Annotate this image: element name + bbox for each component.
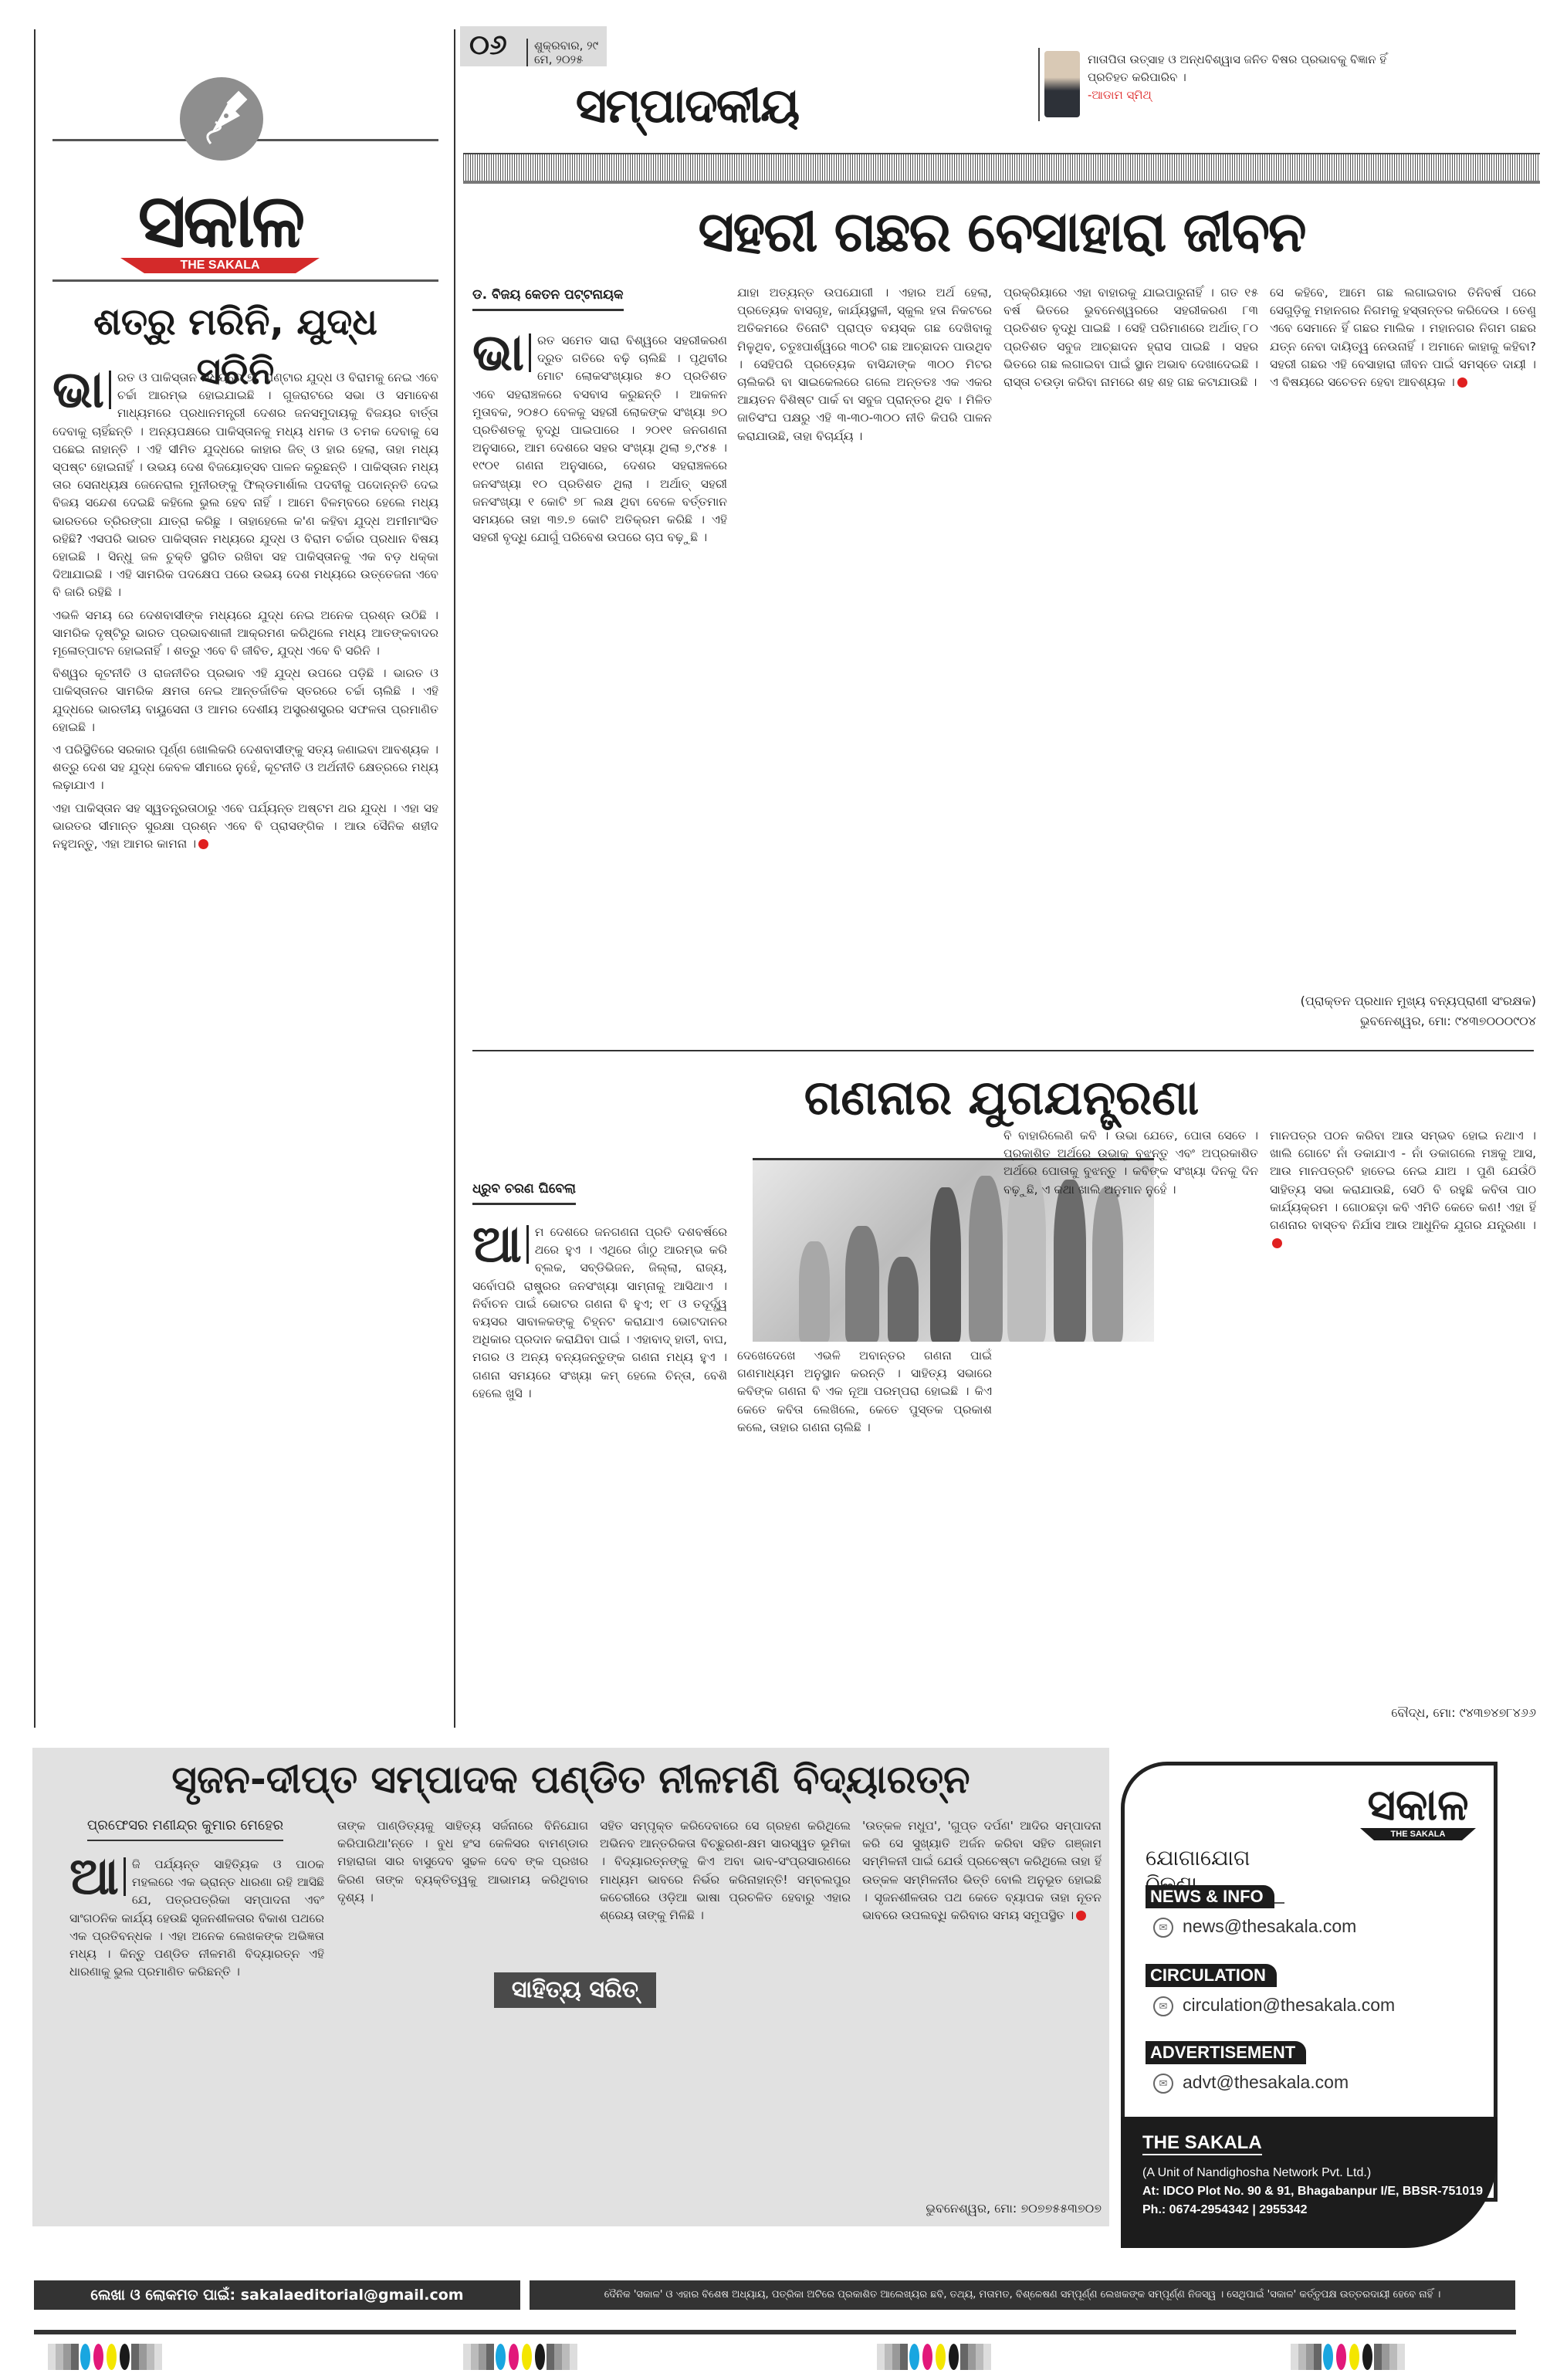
paragraph: ଏହା ପାକିସ୍ତାନ ସହ ସ୍ୱତନ୍ତ୍ରତାଠାରୁ ଏବେ ପର୍…	[52, 800, 438, 854]
registration-mark	[48, 2343, 266, 2371]
feature-signature: ଭୁବନେଶ୍ୱର, ମୋ: ୭୦୭୭୫୫୩୭୦୭	[862, 2199, 1102, 2219]
quote: ମାତାପିତା ଉତ୍ସାହ ଓ ଅନ୍ଧବିଶ୍ୱାସ ଜନିତ ବିଷର …	[1088, 51, 1420, 104]
feature-col-2: ତାଙ୍କ ପାଣ୍ଡିତ୍ୟକୁ ସାହିତ୍ୟ ସର୍ଜନାରେ ବିନିଯ…	[337, 1817, 588, 2219]
feature-byline: ପ୍ରଫେସର ମଣୀନ୍ଦ୍ର କୁମାର ମେହେର	[87, 1817, 283, 1841]
envelope-icon: ✉	[1153, 1918, 1173, 1938]
envelope-icon: ✉	[1153, 2074, 1173, 2094]
second-article-signature: ବୌଦ୍ଧ, ମୋ: ୯୪୩୭୪୭୮୪୬୬	[1270, 1703, 1536, 1723]
main-article-col-4: ସେ କହିବେ, ଆମେ ଗଛ ଲଗାଇବାର ତିନିବର୍ଷ ପରେ ସେ…	[1270, 284, 1536, 956]
main-article-headline: ସହରୀ ଗଛର ବେସାହାରା ଜୀବନ	[463, 199, 1540, 266]
second-article-col-1: ଆ ମ ଦେଶରେ ଜନଗଣନା ପ୍ରତି ଦଶବର୍ଷରେ ଥରେ ହୁଏ …	[472, 1224, 727, 1725]
feature-byline-col: ପ୍ରଫେସର ମଣୀନ୍ଦ୍ର କୁମାର ମେହେର	[69, 1817, 301, 1841]
dropcap: ଭା	[52, 371, 111, 409]
second-article-col-2: ଦେଖେଦେଖେ ଏଭଳି ଅବାନ୍ତର ଗଣନା ପାଇଁ ଗଣମାଧ୍ୟମ…	[737, 1347, 992, 1725]
news-info-tag: NEWS & INFO	[1146, 1885, 1274, 1908]
main-article-col-3: ପ୍ରକ୍ରିୟାରେ ଏହା ବାହାରକୁ ଯାଇପାରୁନାହିଁ । ଗ…	[1003, 284, 1258, 994]
signature-role: (ପ୍ରାକ୍ତନ ପ୍ରଧାନ ମୁଖ୍ୟ ବନ୍ୟପ୍ରାଣୀ ସଂରକ୍ଷ…	[1270, 991, 1536, 1011]
feature-col-3: ସହିତ ସମ୍ପୃକ୍ତ କରିଦେବାରେ ସେ ଗ୍ରହଣ କରିଥିଲେ…	[600, 1817, 851, 2219]
main-article-col-1: ଭା ରତ ସମେତ ସାରା ବିଶ୍ୱରେ ସହରୀକରଣ ଦ୍ରୁତ ଗତ…	[472, 332, 727, 996]
publisher-name: THE SAKALA	[1142, 2132, 1262, 2155]
second-article-col-3: ବି ବାହାରିଲେଣି କବି । ଉଭା ଯେତେ, ପୋତା ସେତେ …	[1003, 1127, 1258, 1725]
page-info: ୦୬ ଶୁକ୍ରବାର, ୨୯ ମେ, ୨୦୨୫	[460, 26, 607, 66]
dropcap: ଭା	[472, 333, 531, 372]
masthead-rule-bottom	[52, 279, 438, 282]
quote-box: ମାତାପିତା ଉତ୍ସାହ ଓ ଅନ୍ଧବିଶ୍ୱାସ ଜନିତ ବିଷର …	[1038, 48, 1426, 121]
feature-col-1: ଆ ଜି ପର୍ଯ୍ୟନ୍ତ ସାହିତ୍ୟିକ ଓ ପାଠକ ମହଲରେ ଏକ…	[69, 1856, 324, 2219]
second-article-byline: ଧ୍ରୁବ ଚରଣ ଘିବେଲା	[472, 1181, 576, 1205]
news-email-link[interactable]: ✉news@thesakala.com	[1153, 1916, 1356, 1938]
contact-box: ସକାଳ THE SAKALA ଯୋଗାଯୋଗ ଠିକଣା NEWS & INF…	[1121, 1762, 1501, 2248]
paragraph: ଏଭଳି ସମୟ ରେ ଦେଶବାସୀଙ୍କ ମଧ୍ୟରେ ଯୁଦ୍ଧ ନେଇ …	[52, 607, 438, 661]
center-column-rule	[454, 29, 455, 1728]
quote-author: -ଆଡାମ ସ୍ମିଥ୍	[1088, 86, 1420, 104]
page-number: ୦୬	[469, 29, 507, 62]
left-editorial-body: ଭା ରତ ଓ ପାକିସ୍ତାନ ମଧ୍ୟରେ ୭୮ ଘଣ୍ଟାର ଯୁଦ୍ଧ…	[52, 369, 438, 1728]
publisher-address: At: IDCO Plot No. 90 & 91, Bhagabanpur I…	[1142, 2185, 1483, 2199]
page-date: ଶୁକ୍ରବାର, ୨୯ ମେ, ୨୦୨୫	[526, 39, 607, 66]
advertisement-tag: ADVERTISEMENT	[1146, 2041, 1306, 2064]
end-mark-icon	[198, 839, 208, 849]
footer-disclaimer: ଦୈନିକ 'ସକାଳ' ଓ ଏହାର ବିଶେଷ ଅଧ୍ୟାୟ, ପତ୍ରିକ…	[530, 2280, 1515, 2310]
end-mark-icon	[1076, 1911, 1086, 1921]
registration-mark	[463, 2343, 681, 2371]
second-article-byline-col: ଧ୍ରୁବ ଚରଣ ଘିବେଲା	[472, 1181, 727, 1205]
header-hatch-band	[463, 153, 1540, 184]
publisher-info: THE SAKALA (A Unit of Nandighosha Networ…	[1121, 2117, 1498, 2248]
signature-place: ଭୁବନେଶ୍ୱର, ମୋ: ୯୪୩୭୦୦୦୯୦୪	[1270, 1011, 1536, 1031]
left-column-rule	[34, 29, 36, 1728]
footer-rule	[34, 2330, 1516, 2334]
registration-mark	[1291, 2343, 1508, 2371]
footer-submission-email[interactable]: ଲେଖା ଓ ଲୋକମତ ପାଇଁ: sakalaeditorial@gmail…	[34, 2280, 520, 2310]
paragraph: ଏ ପରିସ୍ଥିତିରେ ସରକାର ପୂର୍ଣ୍ଣ ଖୋଲିକରି ଦେଶବ…	[52, 741, 438, 795]
envelope-icon: ✉	[1153, 1996, 1173, 2016]
publisher-unit: (A Unit of Nandighosha Network Pvt. Ltd.…	[1142, 2166, 1371, 2180]
main-article-byline: ଡ. ବିଜୟ କେତନ ପଟ୍ଟନାୟକ	[472, 287, 624, 311]
paragraph: ବିଶ୍ୱର କୂଟନୀତି ଓ ରାଜନୀତିର ପ୍ରଭାବ ଏହି ଯୁଦ…	[52, 665, 438, 736]
sakala-logo-ribbon: THE SAKALA	[120, 258, 320, 273]
sahitya-sarit-badge: ସାହିତ୍ୟ ସରିତ୍	[494, 1972, 656, 2008]
dropcap: ଆ	[69, 1857, 126, 1896]
second-article-headline: ଗଣନାର ଯୁଗଯନ୍ତ୍ରଣା	[463, 1069, 1540, 1126]
publisher-phone: Ph.: 0674-2954342 | 2955342	[1142, 2203, 1308, 2217]
circulation-tag: CIRCULATION	[1146, 1964, 1277, 1987]
author-portrait	[1044, 51, 1080, 117]
feature-col-4: 'ଉତ୍କଳ ମଧୁପ', 'ଗୁପ୍ତ ଦର୍ପଣ' ଆଦିର ସମ୍ପାଦନ…	[862, 1817, 1102, 2195]
end-mark-icon	[1272, 1238, 1282, 1248]
dropcap: ଆ	[472, 1225, 529, 1264]
main-article-byline-col: ଡ. ବିଜୟ କେତନ ପଟ୍ଟନାୟକ	[472, 287, 727, 311]
registration-mark	[877, 2343, 1095, 2371]
main-article-signature: (ପ୍ରାକ୍ତନ ପ୍ରଧାନ ମୁଖ୍ୟ ବନ୍ୟପ୍ରାଣୀ ସଂରକ୍ଷ…	[1270, 991, 1536, 1031]
quote-text: ମାତାପିତା ଉତ୍ସାହ ଓ ଅନ୍ଧବିଶ୍ୱାସ ଜନିତ ବିଷର …	[1088, 51, 1420, 86]
feature-headline: ସୃଜନ-ଦୀପ୍ତ ସମ୍ପାଦକ ପଣ୍ଡିତ ନୀଳମଣି ବିଦ୍ୟାର…	[32, 1757, 1109, 1803]
contact-logo: ସକାଳ THE SAKALA	[1352, 1782, 1484, 1840]
pen-nib-icon	[180, 77, 263, 161]
circulation-email-link[interactable]: ✉circulation@thesakala.com	[1153, 1995, 1395, 2016]
section-title: ସମ୍ପାଦକୀୟ	[525, 77, 849, 134]
main-article-col-2: ଯାହା ଅତ୍ୟନ୍ତ ଉପଯୋଗୀ । ଏହାର ଅର୍ଥ ହେଲା, ପ୍…	[737, 284, 992, 994]
article-divider	[472, 1050, 1534, 1051]
end-mark-icon	[1457, 377, 1467, 388]
second-article-col-4: ମାନପତ୍ର ପଠନ କରିବା ଆଉ ସମ୍ଭବ ହୋଇ ନଥାଏ । ଖା…	[1270, 1127, 1536, 1683]
advertisement-email-link[interactable]: ✉advt@thesakala.com	[1153, 2072, 1349, 2094]
